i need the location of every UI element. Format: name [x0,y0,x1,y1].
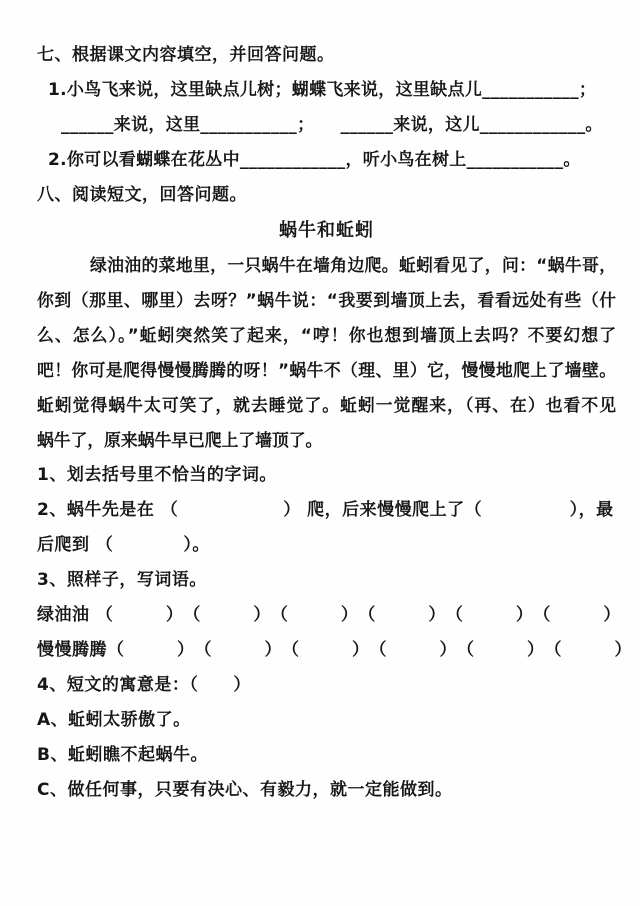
answer-blank: （ ） [533,598,621,633]
option-b: B、蚯蚓瞧不起蜗牛。 [37,738,616,773]
answer-blank: （ ） [457,633,545,668]
word-pattern-row-2: 慢慢腾腾 （ ） （ ） （ ） （ ） （ ） （ ） [37,633,616,668]
passage-line: 吧！你可是爬得慢慢腾腾的呀！”蜗牛不（理、里）它，慢慢地爬上了墙壁。 [37,353,616,388]
section8-heading: 八、阅读短文，回答问题。 [37,178,616,213]
option-c: C、做任何事，只要有决心、有毅力，就一定能做到。 [37,773,616,808]
section7-q1-line1: 1.小鸟飞来说，这里缺点儿树；蝴蝶飞来说，这里缺点儿___________； [37,73,616,108]
passage-line: 绿油油的菜地里，一只蜗牛在墙角边爬。蚯蚓看见了，问：“蜗牛哥， [37,248,616,283]
section7-q1-line2: ______来说，这里___________； ______来说，这儿_____… [37,108,616,143]
question-1: 1、划去括号里不恰当的字词。 [37,458,616,493]
answer-blank: （ ） [107,633,195,668]
question-2-line2: 后爬到 （ ）。 [37,528,616,563]
answer-blank: （ ） [370,633,458,668]
answer-blank: （ ） [96,598,184,633]
answer-blank: （ ） [358,598,446,633]
answer-blank: （ ） [271,598,359,633]
worksheet-page: 七、根据课文内容填空，并回答问题。 1.小鸟飞来说，这里缺点儿树；蝴蝶飞来说，这… [0,0,640,906]
word-pattern-label: 绿油油 [37,598,96,633]
word-pattern-label: 慢慢腾腾 [37,633,107,668]
passage-line: 蜗牛了，原来蜗牛早已爬上了墙顶了。 [37,423,616,458]
answer-blank: （ ） [183,598,271,633]
answer-blank: （ ） [282,633,370,668]
answer-blank: （ ） [545,633,633,668]
question-3: 3、照样子，写词语。 [37,563,616,598]
answer-blank: （ ） [195,633,283,668]
passage-line: 蚯蚓觉得蜗牛太可笑了，就去睡觉了。蚯蚓一觉醒来，（再、在）也看不见 [37,388,616,423]
passage-line: 么、怎么）。”蚯蚓突然笑了起来，“哼！你也想到墙顶上去吗？不要幻想了 [37,318,616,353]
section7-heading: 七、根据课文内容填空，并回答问题。 [37,38,616,73]
question-2-line1: 2、蜗牛先是在 （ ） 爬，后来慢慢爬上了（ ），最 [37,493,616,528]
reading-passage-title: 蜗牛和蚯蚓 [37,213,616,248]
section7-q2: 2.你可以看蝴蝶在花丛中____________，听小鸟在树上_________… [37,143,616,178]
passage-line: 你到（那里、哪里）去呀？”蜗牛说：“我要到墙顶上去，看看远处有些（什 [37,283,616,318]
word-pattern-row-1: 绿油油 （ ） （ ） （ ） （ ） （ ） （ ） [37,598,616,633]
answer-blank: （ ） [446,598,534,633]
question-4: 4、短文的寓意是：（ ） [37,668,616,703]
option-a: A、蚯蚓太骄傲了。 [37,703,616,738]
